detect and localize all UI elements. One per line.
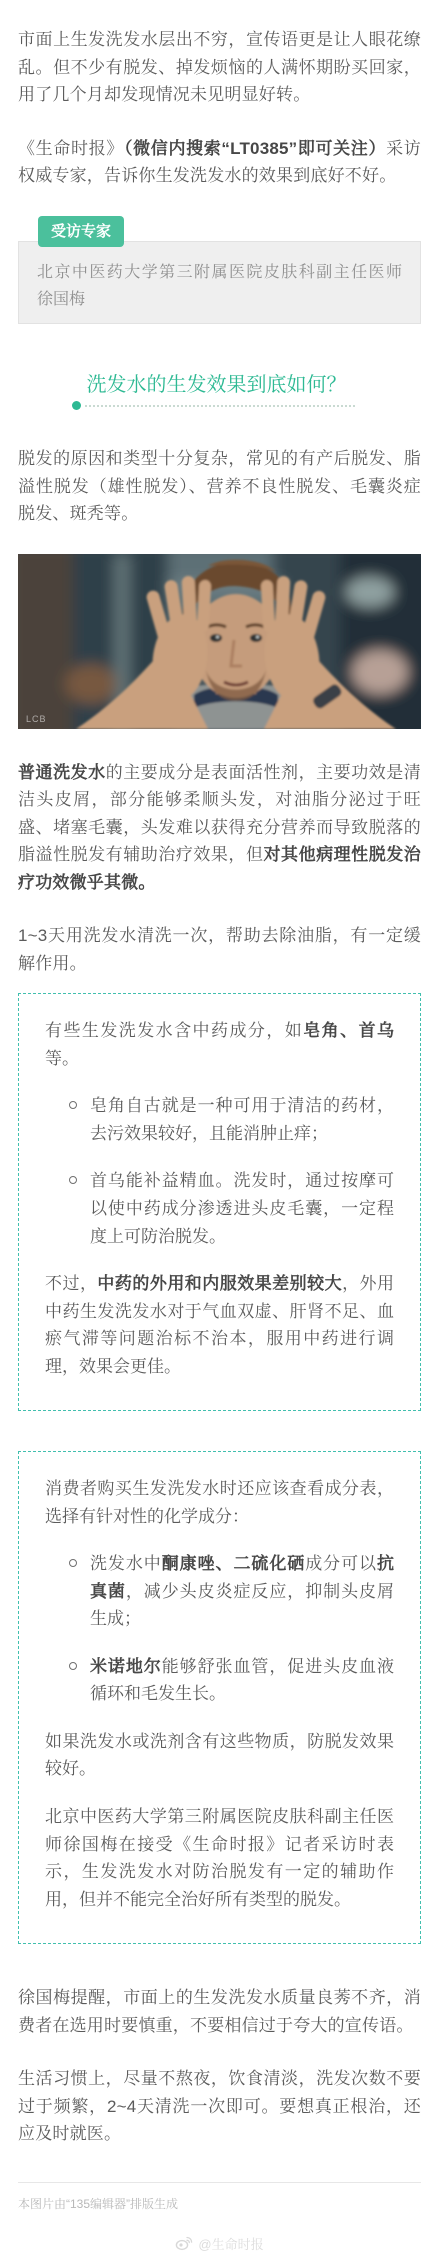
circle-bullet-icon	[69, 1176, 77, 1184]
box2-bullet-1: 洗发水中酮康唑、二硫化硒成分可以抗真菌，减少头皮炎症反应，抑制头皮屑生成；	[90, 1550, 394, 1633]
circle-bullet-icon	[69, 1559, 77, 1567]
footer-divider	[18, 2182, 421, 2183]
tcm-ingredients-box: 有些生发洗发水含中药成分，如皂角、首乌等。 皂角自古就是一种可用于清洁的药材，去…	[18, 993, 421, 1411]
footer: 本图片由“135编辑器”排版生成 @生命时报	[18, 2182, 421, 2253]
circle-bullet-icon	[69, 1101, 77, 1109]
expert-badge: 受访专家	[38, 216, 124, 247]
editor-credit: 本图片由“135编辑器”排版生成	[18, 2195, 421, 2212]
article-page: 市面上生发洗发水层出不穷，宣传语更是让人眼花缭乱。但不少有脱发、掉发烦恼的人满怀…	[0, 0, 440, 2267]
list-item: 洗发水中酮康唑、二硫化硒成分可以抗真菌，减少头皮炎症反应，抑制头皮屑生成；	[45, 1550, 394, 1633]
section-heading: 洗发水的生发效果到底如何？	[18, 368, 421, 407]
hairloss-types-paragraph: 脱发的原因和类型十分复杂，常见的有产后脱发、脂溢性脱发（雄性脱发）、营养不良性脱…	[18, 445, 421, 528]
section-heading-text: 洗发水的生发效果到底如何？	[87, 374, 347, 396]
expert-card: 受访专家 北京中医药大学第三附属医院皮肤科副主任医师 徐国梅	[18, 216, 421, 324]
box1-outro: 不过，中药的外用和内服效果差别较大，外用中药生发洗发水对于气血双虚、肝肾不足、血…	[45, 1270, 394, 1380]
box2-intro: 消费者购买生发洗发水时还应该查看成分表，选择有针对性的化学成分：	[45, 1475, 394, 1530]
weibo-icon	[175, 2235, 193, 2251]
journal-name: 《生命时报》	[18, 139, 124, 158]
box1-bullet-2: 首乌能补益精血。洗发时，通过按摩可以使中药成分渗透进头皮毛囊，一定程度上可防治脱…	[90, 1167, 394, 1250]
stressed-man-photo[interactable]: LCB	[18, 554, 421, 729]
washing-frequency-paragraph: 1~3天用洗发水清洗一次，帮助去除油脂，有一定缓解作用。	[18, 922, 421, 977]
wechat-follow-note: （微信内搜索“LT0385”即可关注）	[124, 139, 386, 158]
closing-paragraph-1: 徐国梅提醒，市面上的生发洗发水质量良莠不齐，消费者在选用时要慎重，不要相信过于夸…	[18, 1984, 421, 2039]
expert-name-box: 北京中医药大学第三附属医院皮肤科副主任医师 徐国梅	[18, 241, 421, 324]
box1-intro: 有些生发洗发水含中药成分，如皂角、首乌等。	[45, 1017, 394, 1072]
box2-paragraph-2: 北京中医药大学第三附属医院皮肤科副主任医师徐国梅在接受《生命时报》记者采访时表示…	[45, 1803, 394, 1913]
box2-bullet-2: 米诺地尔能够舒张血管，促进头皮血液循环和毛发生长。	[90, 1653, 394, 1708]
chemical-ingredients-box: 消费者购买生发洗发水时还应该查看成分表，选择有针对性的化学成分： 洗发水中酮康唑…	[18, 1451, 421, 1944]
list-item: 首乌能补益精血。洗发时，通过按摩可以使中药成分渗透进头皮毛囊，一定程度上可防治脱…	[45, 1167, 394, 1250]
weibo-watermark: @生命时报	[18, 2234, 421, 2253]
box2-paragraph-1: 如果洗发水或洗剂含有这些物质，防脱发效果较好。	[45, 1728, 394, 1783]
intro-paragraph-1: 市面上生发洗发水层出不穷，宣传语更是让人眼花缭乱。但不少有脱发、掉发烦恼的人满怀…	[18, 26, 421, 109]
closing-paragraph-2: 生活习惯上，尽量不熬夜，饮食清淡，洗发次数不要过于频繁，2~4天清洗一次即可。要…	[18, 2065, 421, 2148]
list-item: 米诺地尔能够舒张血管，促进头皮血液循环和毛发生长。	[45, 1653, 394, 1708]
green-dot-icon	[72, 401, 81, 410]
circle-bullet-icon	[69, 1662, 77, 1670]
intro-paragraph-2: 《生命时报》（微信内搜索“LT0385”即可关注）采访权威专家，告诉你生发洗发水…	[18, 135, 421, 190]
photo-corner-watermark: LCB	[26, 714, 47, 724]
shampoo-function-paragraph: 普通洗发水的主要成分是表面活性剂，主要功效是清洁头皮屑，部分能够柔顺头发，对油脂…	[18, 759, 421, 897]
stressed-man-illustration	[18, 554, 421, 729]
list-item: 皂角自古就是一种可用于清洁的药材，去污效果较好，且能消肿止痒；	[45, 1092, 394, 1147]
box1-bullet-1: 皂角自古就是一种可用于清洁的药材，去污效果较好，且能消肿止痒；	[90, 1092, 394, 1147]
weibo-watermark-text: @生命时报	[198, 2234, 263, 2253]
